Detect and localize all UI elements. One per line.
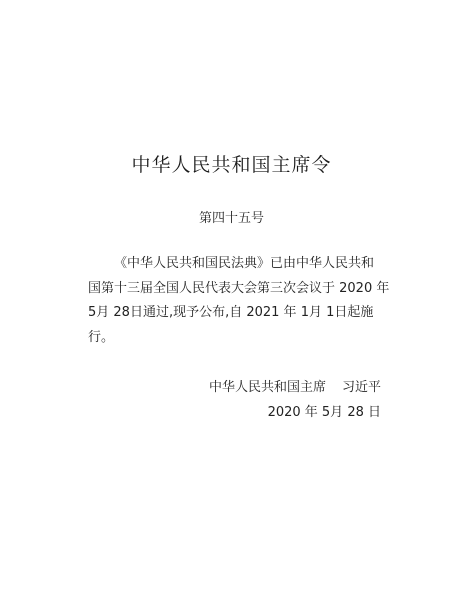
body-line-3: 5月 28日通过,现予公布,自 2021 年 1月 1日起施 bbox=[88, 301, 384, 326]
document-page: 中华人民共和国主席令 第四十五号 《中华人民共和国民法典》已由中华人民共和 国第… bbox=[0, 0, 463, 614]
signing-date: 2020 年 5月 28 日 bbox=[268, 401, 381, 420]
signature-block: 中华人民共和国主席习近平 bbox=[209, 376, 381, 395]
body-line-2: 国第十三届全国人民代表大会第三次会议于 2020 年 bbox=[88, 277, 384, 302]
signatory-name: 习近平 bbox=[342, 380, 381, 395]
order-number: 第四十五号 bbox=[0, 207, 463, 226]
body-line-1: 《中华人民共和国民法典》已由中华人民共和 bbox=[88, 252, 384, 277]
document-title: 中华人民共和国主席令 bbox=[0, 150, 463, 177]
body-line-4: 行。 bbox=[88, 326, 384, 351]
document-body: 《中华人民共和国民法典》已由中华人民共和 国第十三届全国人民代表大会第三次会议于… bbox=[88, 252, 384, 350]
signatory-title: 中华人民共和国主席 bbox=[209, 380, 326, 395]
